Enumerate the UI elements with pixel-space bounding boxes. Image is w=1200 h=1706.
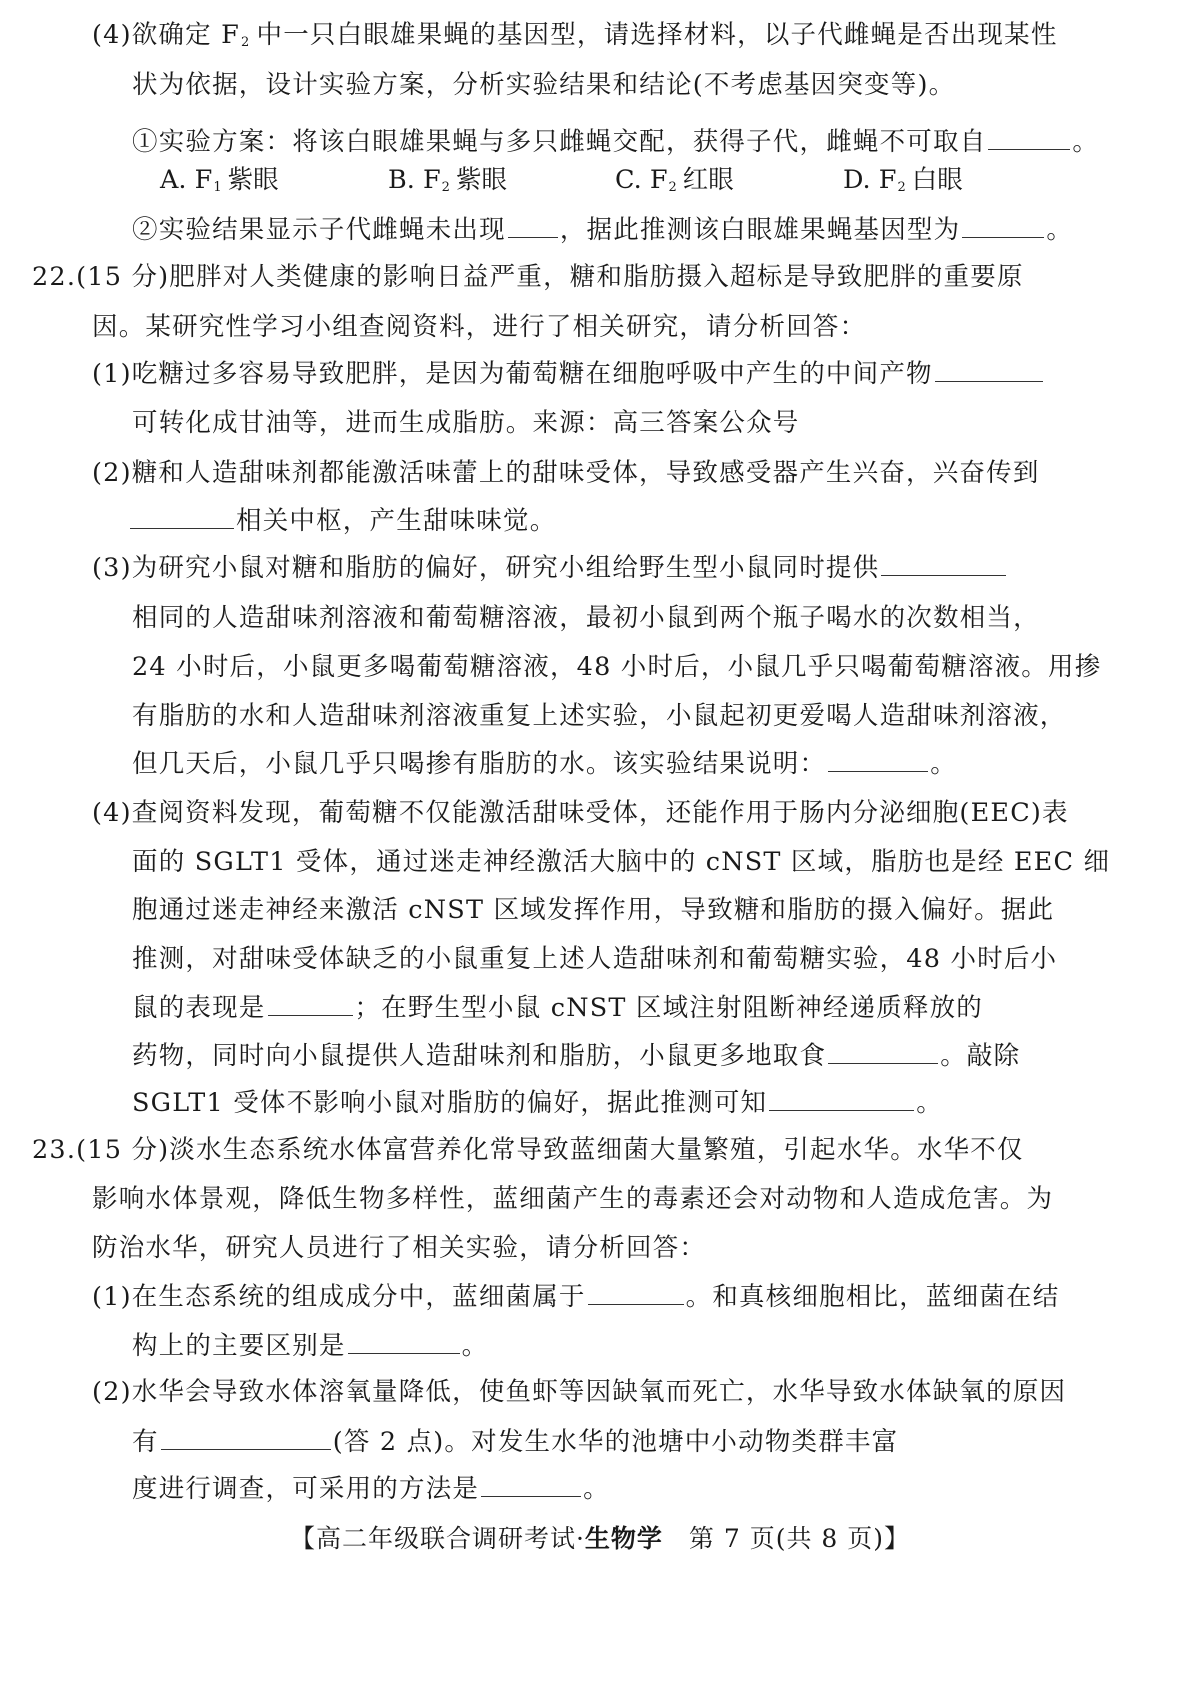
answer-blank[interactable]	[161, 1425, 331, 1450]
q22-2-line-2: 相关中枢，产生甜味味觉。	[128, 504, 556, 538]
q22-3-line-1: (3)为研究小鼠对糖和脂肪的偏好，研究小组给野生型小鼠同时提供	[92, 551, 1008, 585]
q23-header: 23.(15 分)淡水生态系统水体富营养化常导致蓝细菌大量繁殖，引起水华。水华不…	[32, 1133, 1024, 1167]
q22-3-line-2: 相同的人造甜味剂溶液和葡萄糖溶液，最初小鼠到两个瓶子喝水的次数相当，	[132, 601, 1040, 635]
q22-3-line-3: 24 小时后，小鼠更多喝葡萄糖溶液，48 小时后，小鼠几乎只喝葡萄糖溶液。用掺	[132, 650, 1101, 684]
q23-2-line-1: (2)水华会导致水体溶氧量降低，使鱼虾等因缺氧而死亡，水华导致水体缺氧的原因	[92, 1375, 1066, 1409]
q21-4-line-1: (4)欲确定 F2中一只白眼雄果蝇的基因型，请选择材料，以子代雌蝇是否出现某性	[92, 18, 1058, 60]
answer-blank[interactable]	[828, 1039, 938, 1064]
exam-page: (4)欲确定 F2中一只白眼雄果蝇的基因型，请选择材料，以子代雌蝇是否出现某性 …	[0, 0, 1200, 1706]
q22-header-cont: 因。某研究性学习小组查阅资料，进行了相关研究，请分析回答：	[92, 310, 866, 344]
answer-blank[interactable]	[935, 357, 1043, 382]
subject-label: 生物学	[585, 1524, 663, 1553]
answer-blank[interactable]	[348, 1329, 460, 1354]
q22-4-line-5: 鼠的表现是；在野生型小鼠 cNST 区域注射阻断神经递质释放的	[132, 991, 983, 1025]
q21-4-result: ②实验结果显示子代雌蝇未出现，据此推测该白眼雄果蝇基因型为。	[132, 213, 1073, 247]
q22-3-line-4: 有脂肪的水和人造甜味剂溶液重复上述实验，小鼠起初更爱喝人造甜味剂溶液，	[132, 699, 1067, 733]
q22-4-line-1: (4)查阅资料发现，葡萄糖不仅能激活甜味受体，还能作用于肠内分泌细胞(EEC)表	[92, 796, 1069, 830]
q23-header-cont-2: 防治水华，研究人员进行了相关实验，请分析回答：	[92, 1231, 706, 1265]
answer-blank[interactable]	[130, 504, 234, 529]
answer-blank[interactable]	[962, 213, 1044, 238]
q21-4-plan: ①实验方案：将该白眼雄果蝇与多只雌蝇交配，获得子代，雌蝇不可取自。	[132, 125, 1099, 159]
answer-blank[interactable]	[828, 747, 928, 772]
q22-1-line-2: 可转化成甘油等，进而生成脂肪。来源：高三答案公众号	[132, 406, 800, 440]
answer-blank[interactable]	[588, 1280, 684, 1305]
q22-3-line-5: 但几天后，小鼠几乎只喝掺有脂肪的水。该实验结果说明：。	[132, 747, 957, 781]
option-b: B. F2紫眼	[388, 163, 507, 205]
q22-4-line-4: 推测，对甜味受体缺乏的小鼠重复上述人造甜味剂和葡萄糖实验，48 小时后小	[132, 942, 1057, 976]
answer-blank[interactable]	[481, 1472, 581, 1497]
answer-blank[interactable]	[268, 991, 353, 1016]
answer-blank[interactable]	[508, 213, 558, 238]
q23-2-line-3: 度进行调查，可采用的方法是。	[132, 1472, 610, 1506]
q22-1-line-1: (1)吃糖过多容易导致肥胖，是因为葡萄糖在细胞呼吸中产生的中间产物	[92, 357, 1045, 391]
option-d: D. F2白眼	[843, 163, 963, 205]
q22-4-line-3: 胞通过迷走神经来激活 cNST 区域发挥作用，导致糖和脂肪的摄入偏好。据此	[132, 893, 1054, 927]
q22-4-line-6: 药物，同时向小鼠提供人造甜味剂和脂肪，小鼠更多地取食。敲除	[132, 1039, 1020, 1073]
q22-4-line-7: SGLT1 受体不影响小鼠对脂肪的偏好，据此推测可知。	[132, 1086, 943, 1120]
q23-header-cont-1: 影响水体景观，降低生物多样性，蓝细菌产生的毒素还会对动物和人造成危害。为	[92, 1182, 1053, 1216]
q22-2-line-1: (2)糖和人造甜味剂都能激活味蕾上的甜味受体，导致感受器产生兴奋，兴奋传到	[92, 456, 1040, 490]
answer-blank[interactable]	[769, 1086, 914, 1111]
answer-blank[interactable]	[881, 551, 1006, 576]
q22-4-line-2: 面的 SGLT1 受体，通过迷走神经激活大脑中的 cNST 区域，脂肪也是经 E…	[132, 845, 1110, 879]
option-a: A. F1紫眼	[160, 163, 279, 205]
q21-4-line-2: 状为依据，设计实验方案，分析实验结果和结论(不考虑基因突变等)。	[132, 68, 955, 102]
page-footer: 【高二年级联合调研考试·生物学 第 7 页(共 8 页)】	[0, 1522, 1200, 1556]
option-c: C. F2红眼	[615, 163, 734, 205]
q23-2-line-2: 有(答 2 点)。对发生水华的池塘中小动物类群丰富	[132, 1425, 898, 1459]
answer-blank[interactable]	[988, 125, 1070, 150]
q23-1-line-1: (1)在生态系统的组成成分中，蓝细菌属于。和真核细胞相比，蓝细菌在结	[92, 1280, 1059, 1314]
q23-1-line-2: 构上的主要区别是。	[132, 1329, 488, 1363]
q22-header: 22.(15 分)肥胖对人类健康的影响日益严重，糖和脂肪摄入超标是导致肥胖的重要…	[32, 260, 1024, 294]
